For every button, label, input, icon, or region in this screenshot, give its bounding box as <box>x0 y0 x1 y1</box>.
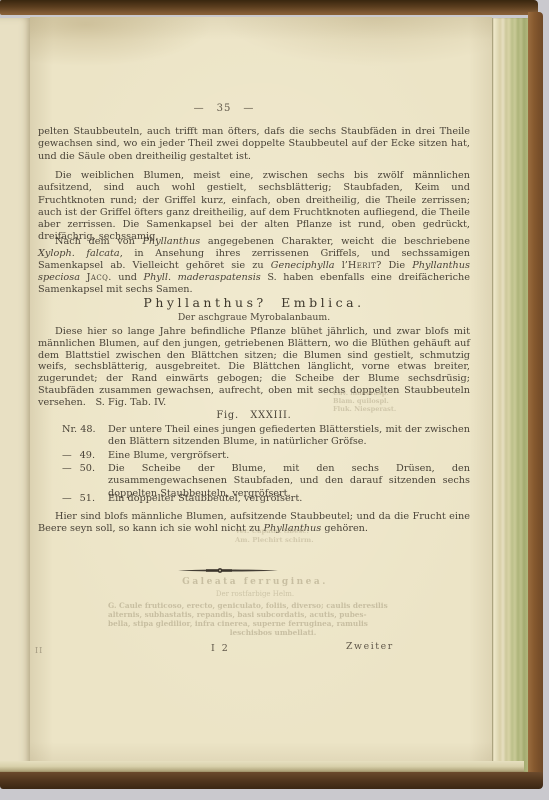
figure-item-label: Nr. 48. <box>62 424 104 449</box>
showthrough-margin-upper: Cav. maderasp. Blam. quilospl. Fluk. Nie… <box>333 390 443 413</box>
catchword: Zweiter <box>346 641 394 652</box>
figure-item-49: — 49. Eine Blume, vergröfsert. <box>62 450 470 462</box>
figure-item-text: Eine Blume, vergröfsert. <box>108 450 470 462</box>
showthrough-subheading: Der rostfarbige Helm. <box>150 590 360 598</box>
paragraph-character-comparison: Nach dem von Phyllanthus angegebenen Cha… <box>38 236 470 296</box>
figure-item-48: Nr. 48. Der untere Theil eines jungen ge… <box>62 424 470 449</box>
species-heading: Phyllanthus? Emblica. <box>38 295 470 310</box>
common-name-subheading: Der aschgraue Myrobalanbaum. <box>38 312 470 323</box>
figure-item-text: Ein doppelter Staubbeutel, vergröfsert. <box>108 493 470 505</box>
signature-mark: I 2 <box>211 643 230 654</box>
figure-item-label: — 49. <box>62 450 104 462</box>
paragraph-continuation: pelten Staubbeuteln, auch trifft man öft… <box>38 126 470 163</box>
margin-mark: II <box>35 646 43 655</box>
figure-item-label: — 51. <box>62 493 104 505</box>
paragraph-female-flowers: Die weiblichen Blumen, meist eine, zwisc… <box>38 170 470 244</box>
section-divider-ornament <box>178 567 278 574</box>
showthrough-heading: Galeata ferruginea. <box>150 577 360 587</box>
figure-item-text: Der untere Theil eines jungen gefiederte… <box>108 424 470 449</box>
printed-text-layer: — 35 — pelten Staubbeuteln, auch trifft … <box>0 0 549 800</box>
figure-item-51: — 51. Ein doppelter Staubbeutel, vergröf… <box>62 493 470 505</box>
showthrough-margin-mid: Ver. Capatat tibesc. Am. Plechirt schirm… <box>235 527 365 544</box>
showthrough-paragraph: G. Caule fruticoso, erecto, geniculato, … <box>108 601 438 637</box>
page-number: — 35 — <box>38 103 410 114</box>
scanned-book-page-photo: — 35 — pelten Staubbeuteln, auch trifft … <box>0 0 549 800</box>
